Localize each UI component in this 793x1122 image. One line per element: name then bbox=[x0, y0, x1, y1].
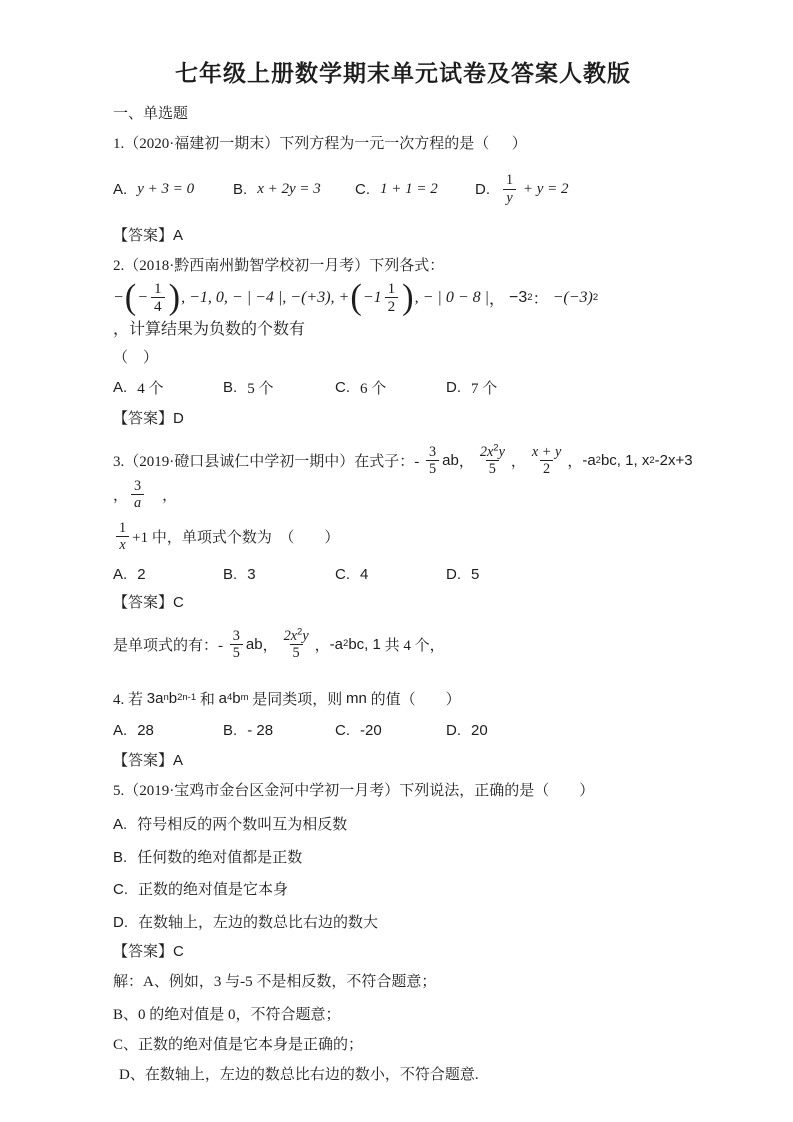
q1-option-d-value: 1y + y = 2 bbox=[500, 172, 569, 206]
q3-option-c-value: 4 bbox=[360, 566, 368, 583]
q5-explanation-d: D、在数轴上，左边的数总比右边的数小，不符合题意. bbox=[113, 1064, 693, 1086]
q4-options-row: A.28 B.- 28 C.-20 D.20 bbox=[113, 719, 693, 741]
q5-option-a-value: 符号相反的两个数叫互为相反数 bbox=[137, 817, 347, 833]
q3-option-d-label: D. bbox=[446, 566, 461, 583]
section-heading: 一、单选题 bbox=[113, 103, 693, 125]
q4-option-b-value: - 28 bbox=[247, 722, 273, 739]
q3-option-b-value: 3 bbox=[247, 566, 255, 583]
q1-option-a: A.y + 3 = 0 bbox=[113, 181, 233, 198]
q2-option-b: B.5 个 bbox=[223, 377, 335, 398]
q3-stem-line2: 1x+1 中，单项式个数为 （ ） bbox=[113, 513, 693, 559]
q3-option-d: D.5 bbox=[446, 566, 479, 583]
q5-option-b: B.任何数的绝对值都是正数 bbox=[113, 847, 693, 869]
document-page: 七年级上册数学期末单元试卷及答案人教版 一、单选题 1.（2020·福建初一期末… bbox=[0, 0, 793, 1106]
q2-option-a-label: A. bbox=[113, 379, 127, 396]
q1-option-b-label: B. bbox=[233, 181, 247, 198]
q1-option-d: D.1y + y = 2 bbox=[475, 172, 569, 206]
q5-option-c-label: C. bbox=[113, 881, 128, 898]
answer-label: 【答案】 bbox=[113, 595, 173, 611]
q3-answer-line: 【答案】C bbox=[113, 592, 693, 614]
q5-option-b-value: 任何数的绝对值都是正数 bbox=[137, 850, 302, 866]
q4-option-c-label: C. bbox=[335, 722, 350, 739]
q4-option-a-value: 28 bbox=[137, 722, 154, 739]
q1-stem: 1.（2020·福建初一期末）下列方程为一元一次方程的是（ ） bbox=[113, 133, 693, 155]
q4-option-a-label: A. bbox=[113, 722, 127, 739]
q2-options-row: A.4 个 B.5 个 C.6 个 D.7 个 bbox=[113, 377, 693, 399]
q1-option-c-label: C. bbox=[355, 181, 370, 198]
q3-option-a-label: A. bbox=[113, 566, 127, 583]
q3-option-d-value: 5 bbox=[471, 566, 479, 583]
q3-option-a: A.2 bbox=[113, 566, 223, 583]
q3-option-c-label: C. bbox=[335, 566, 350, 583]
q4-option-d-value: 20 bbox=[471, 722, 488, 739]
q3-explanation: 是单项式的有：- 35ab，2x2y5，-a2bc, 1 共 4 个， bbox=[113, 620, 693, 668]
q5-option-d: D.在数轴上，左边的数总比右边的数大 bbox=[113, 912, 693, 934]
q1-option-b-value: x + 2y = 3 bbox=[257, 181, 321, 198]
q1-option-a-value: y + 3 = 0 bbox=[137, 181, 194, 198]
q2-expression: −(−14), −1, 0, − | −4 |, −(+3), +(−112),… bbox=[113, 280, 693, 339]
q1-answer-value: A bbox=[173, 227, 183, 244]
q1-option-a-label: A. bbox=[113, 181, 127, 198]
q2-paren: （ ） bbox=[113, 347, 693, 369]
q4-option-d: D.20 bbox=[446, 722, 488, 739]
q1-answer-line: 【答案】A bbox=[113, 225, 693, 247]
q2-stem: 2.（2018·黔西南州勤智学校初一月考）下列各式： bbox=[113, 255, 693, 277]
doc-title: 七年级上册数学期末单元试卷及答案人教版 bbox=[113, 58, 693, 90]
q4-option-b-label: B. bbox=[223, 722, 237, 739]
q2-option-c: C.6 个 bbox=[335, 377, 446, 398]
q3-options-row: A.2 B.3 C.4 D.5 bbox=[113, 563, 693, 585]
q5-stem: 5.（2019·宝鸡市金台区金河中学初一月考）下列说法，正确的是（ ） bbox=[113, 780, 693, 802]
q1-option-c-value: 1 + 1 = 2 bbox=[380, 181, 438, 198]
q3-option-b: B.3 bbox=[223, 566, 335, 583]
q2-option-d-label: D. bbox=[446, 379, 461, 396]
q4-option-d-label: D. bbox=[446, 722, 461, 739]
q5-explanation-b: B、0 的绝对值是 0，不符合题意； bbox=[113, 1004, 693, 1026]
answer-label: 【答案】 bbox=[113, 411, 173, 427]
q5-option-d-label: D. bbox=[113, 914, 128, 931]
q3-option-c: C.4 bbox=[335, 566, 446, 583]
q5-answer-line: 【答案】C bbox=[113, 941, 693, 963]
q1-option-d-label: D. bbox=[475, 181, 490, 198]
q5-explanation-a: 解：A、例如，3 与-5 不是相反数，不符合题意； bbox=[113, 971, 693, 993]
q2-option-b-value: 5 个 bbox=[247, 377, 273, 398]
q2-option-c-value: 6 个 bbox=[360, 377, 386, 398]
q5-option-b-label: B. bbox=[113, 849, 127, 866]
q4-option-a: A.28 bbox=[113, 722, 223, 739]
q4-answer-line: 【答案】A bbox=[113, 750, 693, 772]
q2-option-d: D.7 个 bbox=[446, 377, 497, 398]
q4-option-c-value: -20 bbox=[360, 722, 382, 739]
answer-label: 【答案】 bbox=[113, 944, 173, 960]
q4-stem: 4. 若 3anb2n-1 和 a4bm 是同类项，则 mn 的值（ ） bbox=[113, 686, 693, 710]
q3-answer-value: C bbox=[173, 594, 184, 611]
q5-option-d-value: 在数轴上，左边的数总比右边的数大 bbox=[138, 915, 378, 931]
q4-option-b: B.- 28 bbox=[223, 722, 335, 739]
q1-option-b: B.x + 2y = 3 bbox=[233, 181, 355, 198]
q5-option-c: C.正数的绝对值是它本身 bbox=[113, 879, 693, 901]
q5-answer-value: C bbox=[173, 943, 184, 960]
q5-option-a: A.符号相反的两个数叫互为相反数 bbox=[113, 814, 693, 836]
q2-answer-value: D bbox=[173, 410, 184, 427]
q2-answer-line: 【答案】D bbox=[113, 408, 693, 430]
q2-option-c-label: C. bbox=[335, 379, 350, 396]
q2-option-b-label: B. bbox=[223, 379, 237, 396]
q4-option-c: C.-20 bbox=[335, 722, 446, 739]
q5-option-a-label: A. bbox=[113, 816, 127, 833]
q3-option-a-value: 2 bbox=[137, 566, 145, 583]
q2-option-d-value: 7 个 bbox=[471, 377, 497, 398]
q1-options-row: A.y + 3 = 0 B.x + 2y = 3 C.1 + 1 = 2 D.1… bbox=[113, 163, 693, 215]
q1-option-c: C.1 + 1 = 2 bbox=[355, 181, 475, 198]
answer-label: 【答案】 bbox=[113, 753, 173, 769]
q3-stem: 3.（2019·磴口县诚仁中学初一期中）在式子：- 35ab，2x2y5，x +… bbox=[113, 444, 693, 512]
q5-option-c-value: 正数的绝对值是它本身 bbox=[138, 882, 288, 898]
q5-explanation-c: C、正数的绝对值是它本身是正确的； bbox=[113, 1034, 693, 1056]
q2-option-a-value: 4 个 bbox=[137, 377, 163, 398]
q4-answer-value: A bbox=[173, 752, 183, 769]
q2-option-a: A.4 个 bbox=[113, 377, 223, 398]
q3-option-b-label: B. bbox=[223, 566, 237, 583]
answer-label: 【答案】 bbox=[113, 228, 173, 244]
